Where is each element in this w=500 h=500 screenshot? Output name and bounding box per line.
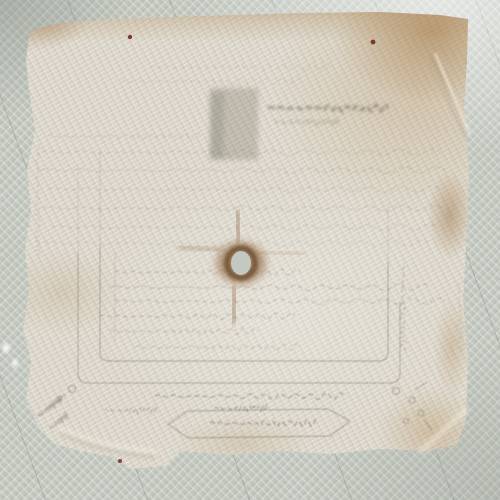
photo-canvas: { "scene": { "description": "Photograph …	[0, 0, 500, 500]
cloth-document	[0, 0, 500, 500]
